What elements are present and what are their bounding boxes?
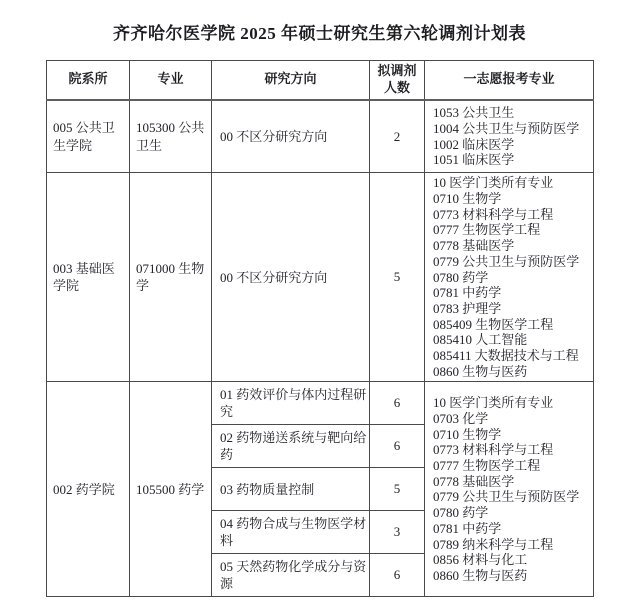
column-header-research-direction: 研究方向 [212,61,370,100]
direction-cell: 02 药物递送系统与靶向给药 [212,425,370,468]
first-choice-majors-cell: 10 医学门类所有专业 0710 生物学 0773 材料科学与工程 0777 生… [425,173,594,382]
department-cell: 005 公共卫生学院 [47,100,130,173]
table-row-basic-medicine: 003 基础医学院 071000 生物学 00 不区分研究方向 5 10 医学门… [47,173,594,382]
count-cell: 6 [370,425,425,468]
count-cell: 3 [370,511,425,554]
major-cell: 071000 生物学 [130,173,212,382]
column-header-first-choice-major: 一志愿报考专业 [425,61,594,100]
column-header-planned-count: 拟调剂人数 [370,61,425,100]
column-header-major: 专业 [130,61,212,100]
count-cell: 6 [370,382,425,425]
department-cell: 002 药学院 [47,382,130,597]
direction-cell: 00 不区分研究方向 [212,100,370,173]
first-choice-majors-cell: 10 医学门类所有专业 0703 化学 0710 生物学 0773 材料科学与工… [425,382,594,597]
direction-cell: 03 药物质量控制 [212,468,370,511]
column-header-department: 院系所 [47,61,130,100]
table-row-pharmacy-1: 002 药学院 105500 药学 01 药效评价与体内过程研究 6 10 医学… [47,382,594,425]
direction-cell: 04 药物合成与生物医学材料 [212,511,370,554]
count-cell: 2 [370,100,425,173]
first-choice-majors-cell: 1053 公共卫生 1004 公共卫生与预防医学 1002 临床医学 1051 … [425,100,594,173]
department-cell: 003 基础医学院 [47,173,130,382]
direction-cell: 01 药效评价与体内过程研究 [212,382,370,425]
direction-cell: 00 不区分研究方向 [212,173,370,382]
direction-cell: 05 天然药物化学成分与资源 [212,554,370,597]
count-cell: 5 [370,468,425,511]
document-page: 齐齐哈尔医学院 2025 年硕士研究生第六轮调剂计划表 院系所 专业 研究方向 … [0,0,639,610]
adjustment-plan-table: 院系所 专业 研究方向 拟调剂人数 一志愿报考专业 005 公共卫生学院 105… [46,60,594,597]
table-row-public-health: 005 公共卫生学院 105300 公共卫生 00 不区分研究方向 2 1053… [47,100,594,173]
table-header-row: 院系所 专业 研究方向 拟调剂人数 一志愿报考专业 [47,61,594,100]
count-cell: 5 [370,173,425,382]
page-title: 齐齐哈尔医学院 2025 年硕士研究生第六轮调剂计划表 [0,19,639,44]
major-cell: 105300 公共卫生 [130,100,212,173]
major-cell: 105500 药学 [130,382,212,597]
count-cell: 6 [370,554,425,597]
